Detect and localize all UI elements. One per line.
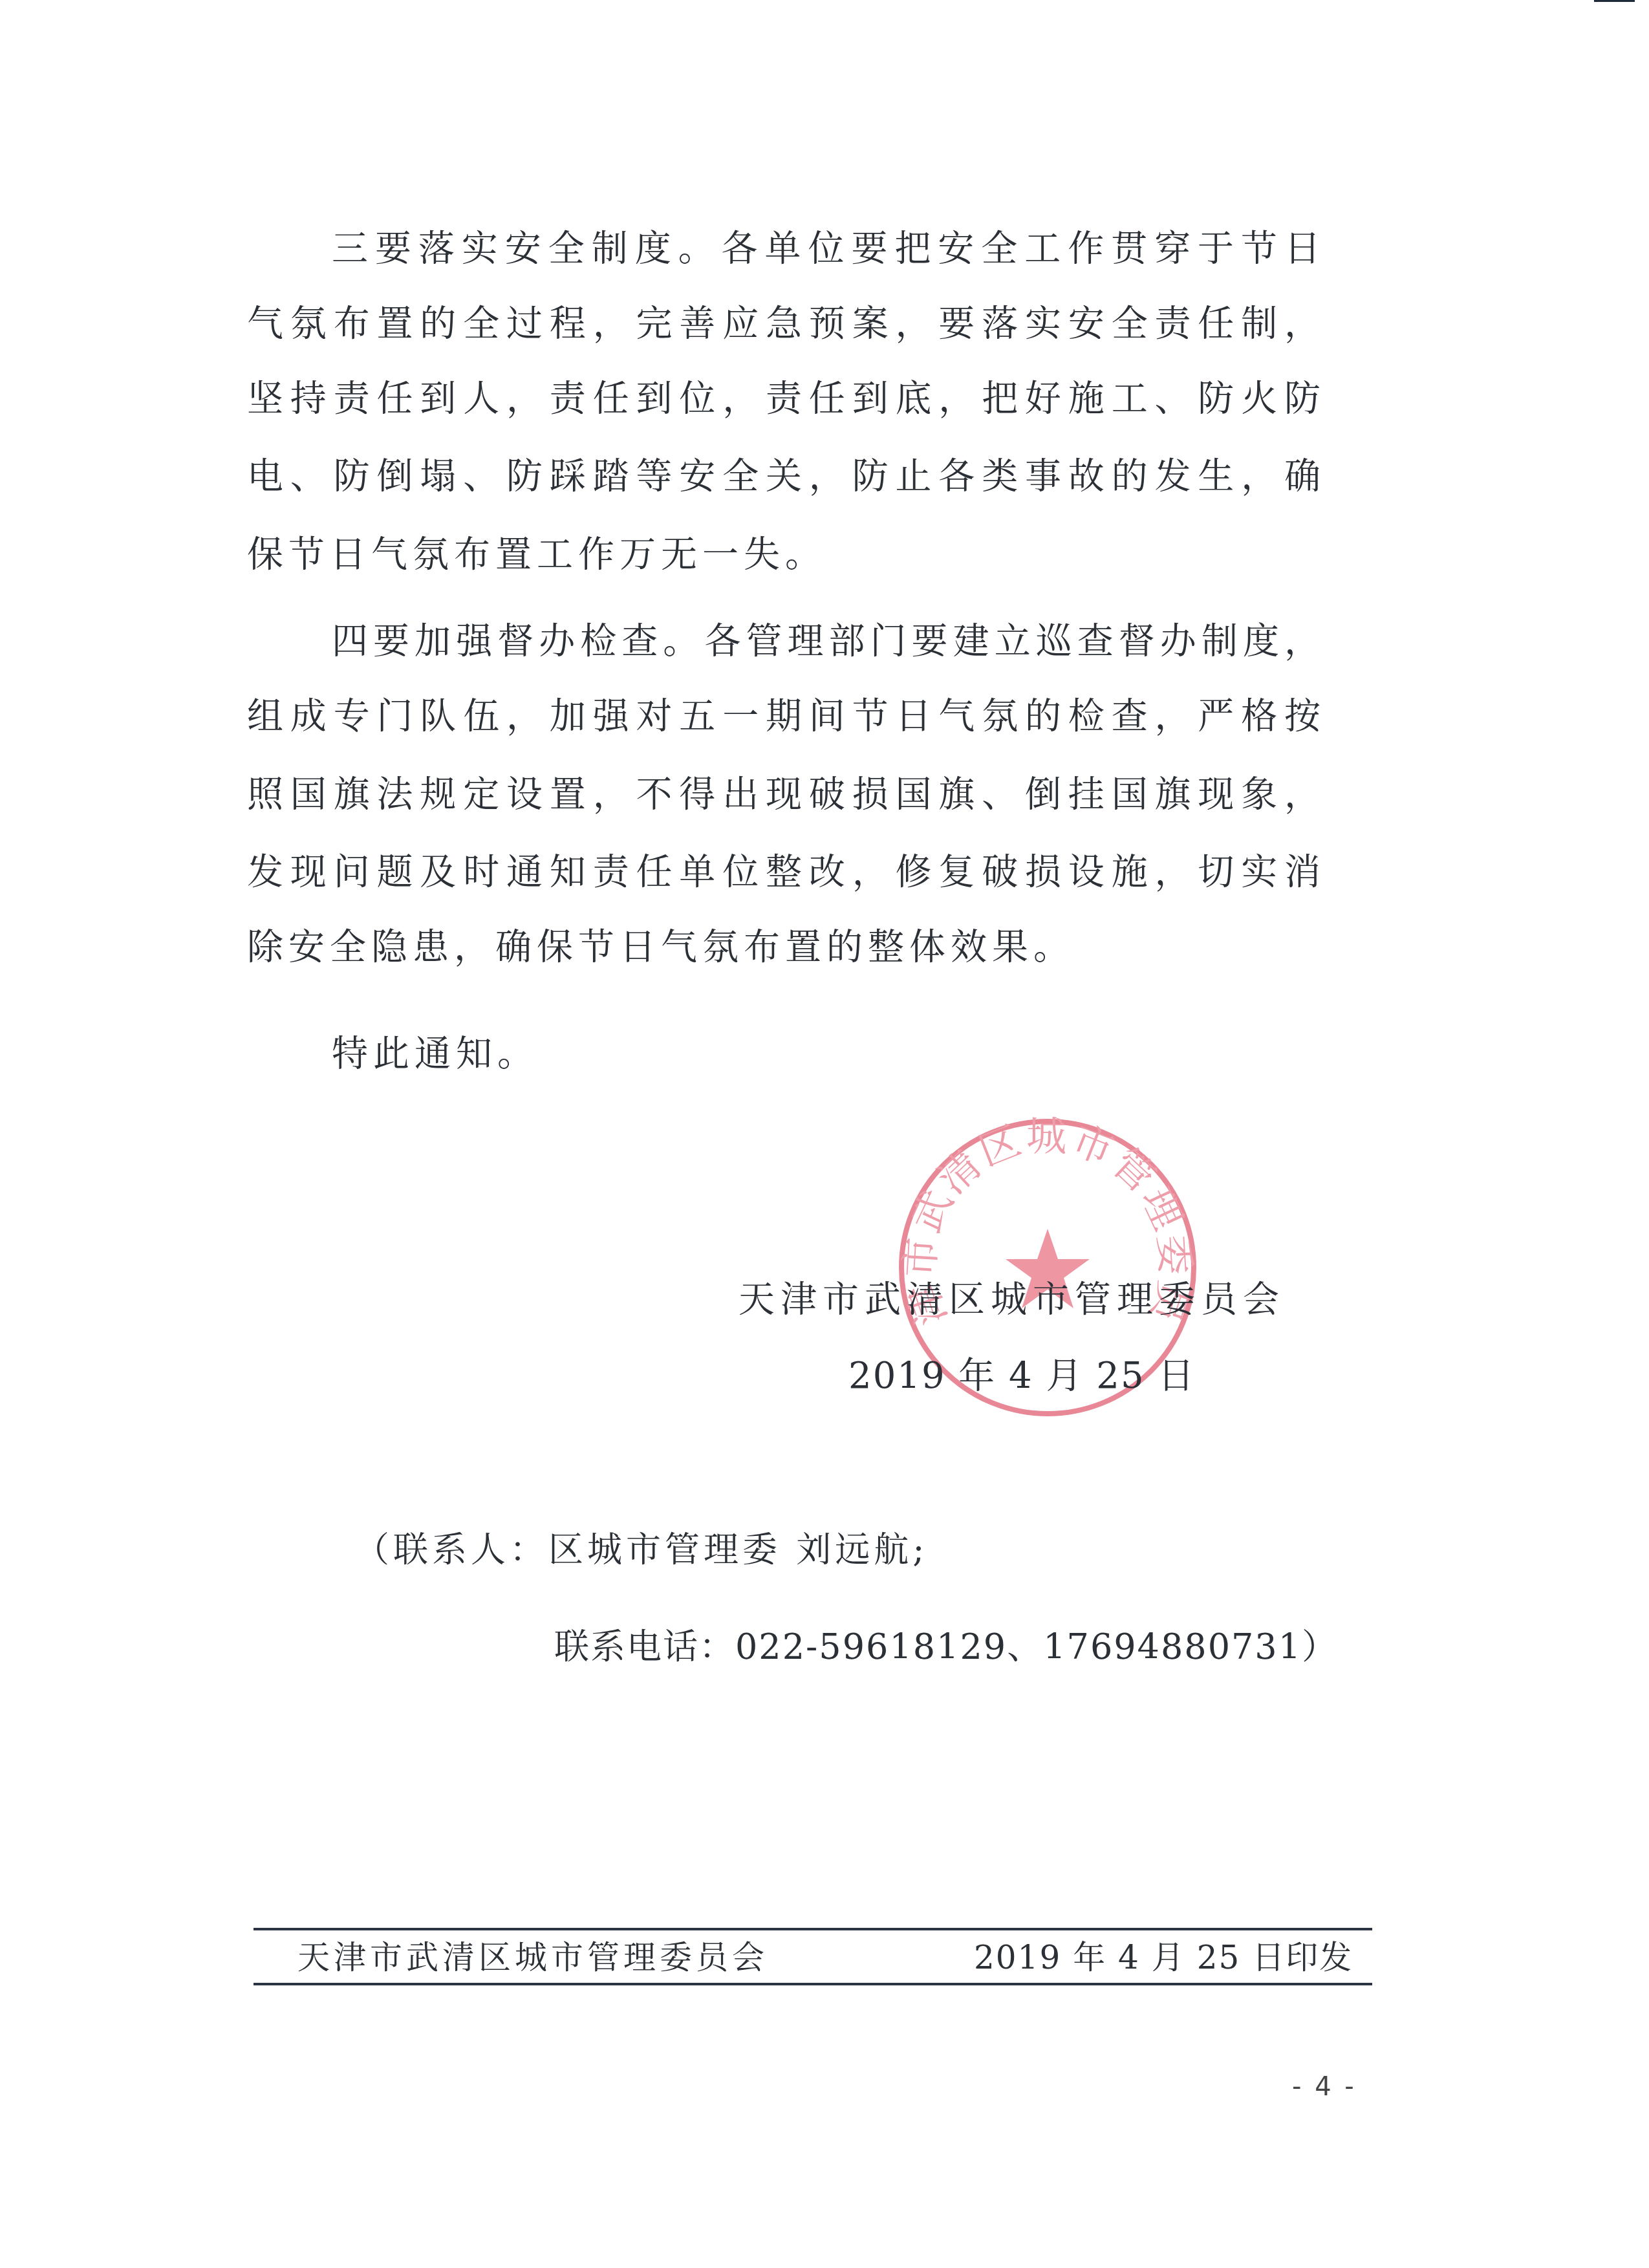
footer-issue-date: 2019 年 4 月 25 日印发	[974, 1938, 1353, 1977]
body-line: 发现问题及时通知责任单位整改，修复破损设施，切实消	[247, 852, 1320, 893]
scan-edge-mark	[1594, 0, 1635, 2]
body-line: 四要加强督办检查。各管理部门要建立巡查督办制度，	[332, 621, 1320, 662]
body-line: 除安全隐患，确保节日气氛布置的整体效果。	[247, 927, 1320, 968]
footer-issuer: 天津市武清区城市管理委员会	[297, 1938, 768, 1977]
body-line: 照国旗法规定设置，不得出现破损国旗、倒挂国旗现象，	[247, 774, 1320, 815]
body-line: 电、防倒塌、防踩踏等安全关，防止各类事故的发生，确	[247, 456, 1320, 497]
body-line: 保节日气氛布置工作万无一失。	[247, 534, 1320, 576]
page-number: - 4 -	[1292, 2073, 1357, 2101]
contact-phone: 联系电话：022-59618129、17694880731）	[554, 1626, 1338, 1668]
closing-text: 特此通知。	[332, 1033, 539, 1075]
body-line: 气氛布置的全过程，完善应急预案，要落实安全责任制，	[247, 303, 1320, 345]
footer-top-rule	[253, 1928, 1372, 1930]
contact-person: （联系人：区城市管理委 刘远航;	[354, 1529, 928, 1571]
signature-date: 2019 年 4 月 25 日	[848, 1355, 1195, 1397]
signature-organization: 天津市武清区城市管理委员会	[738, 1279, 1285, 1321]
body-line: 坚持责任到人，责任到位，责任到底，把好施工、防火防	[247, 378, 1320, 420]
body-line: 组成专门队伍，加强对五一期间节日气氛的检查，严格按	[247, 696, 1320, 737]
body-line: 三要落实安全制度。各单位要把安全工作贯穿于节日	[332, 228, 1320, 270]
footer-bottom-rule	[253, 1983, 1372, 1985]
